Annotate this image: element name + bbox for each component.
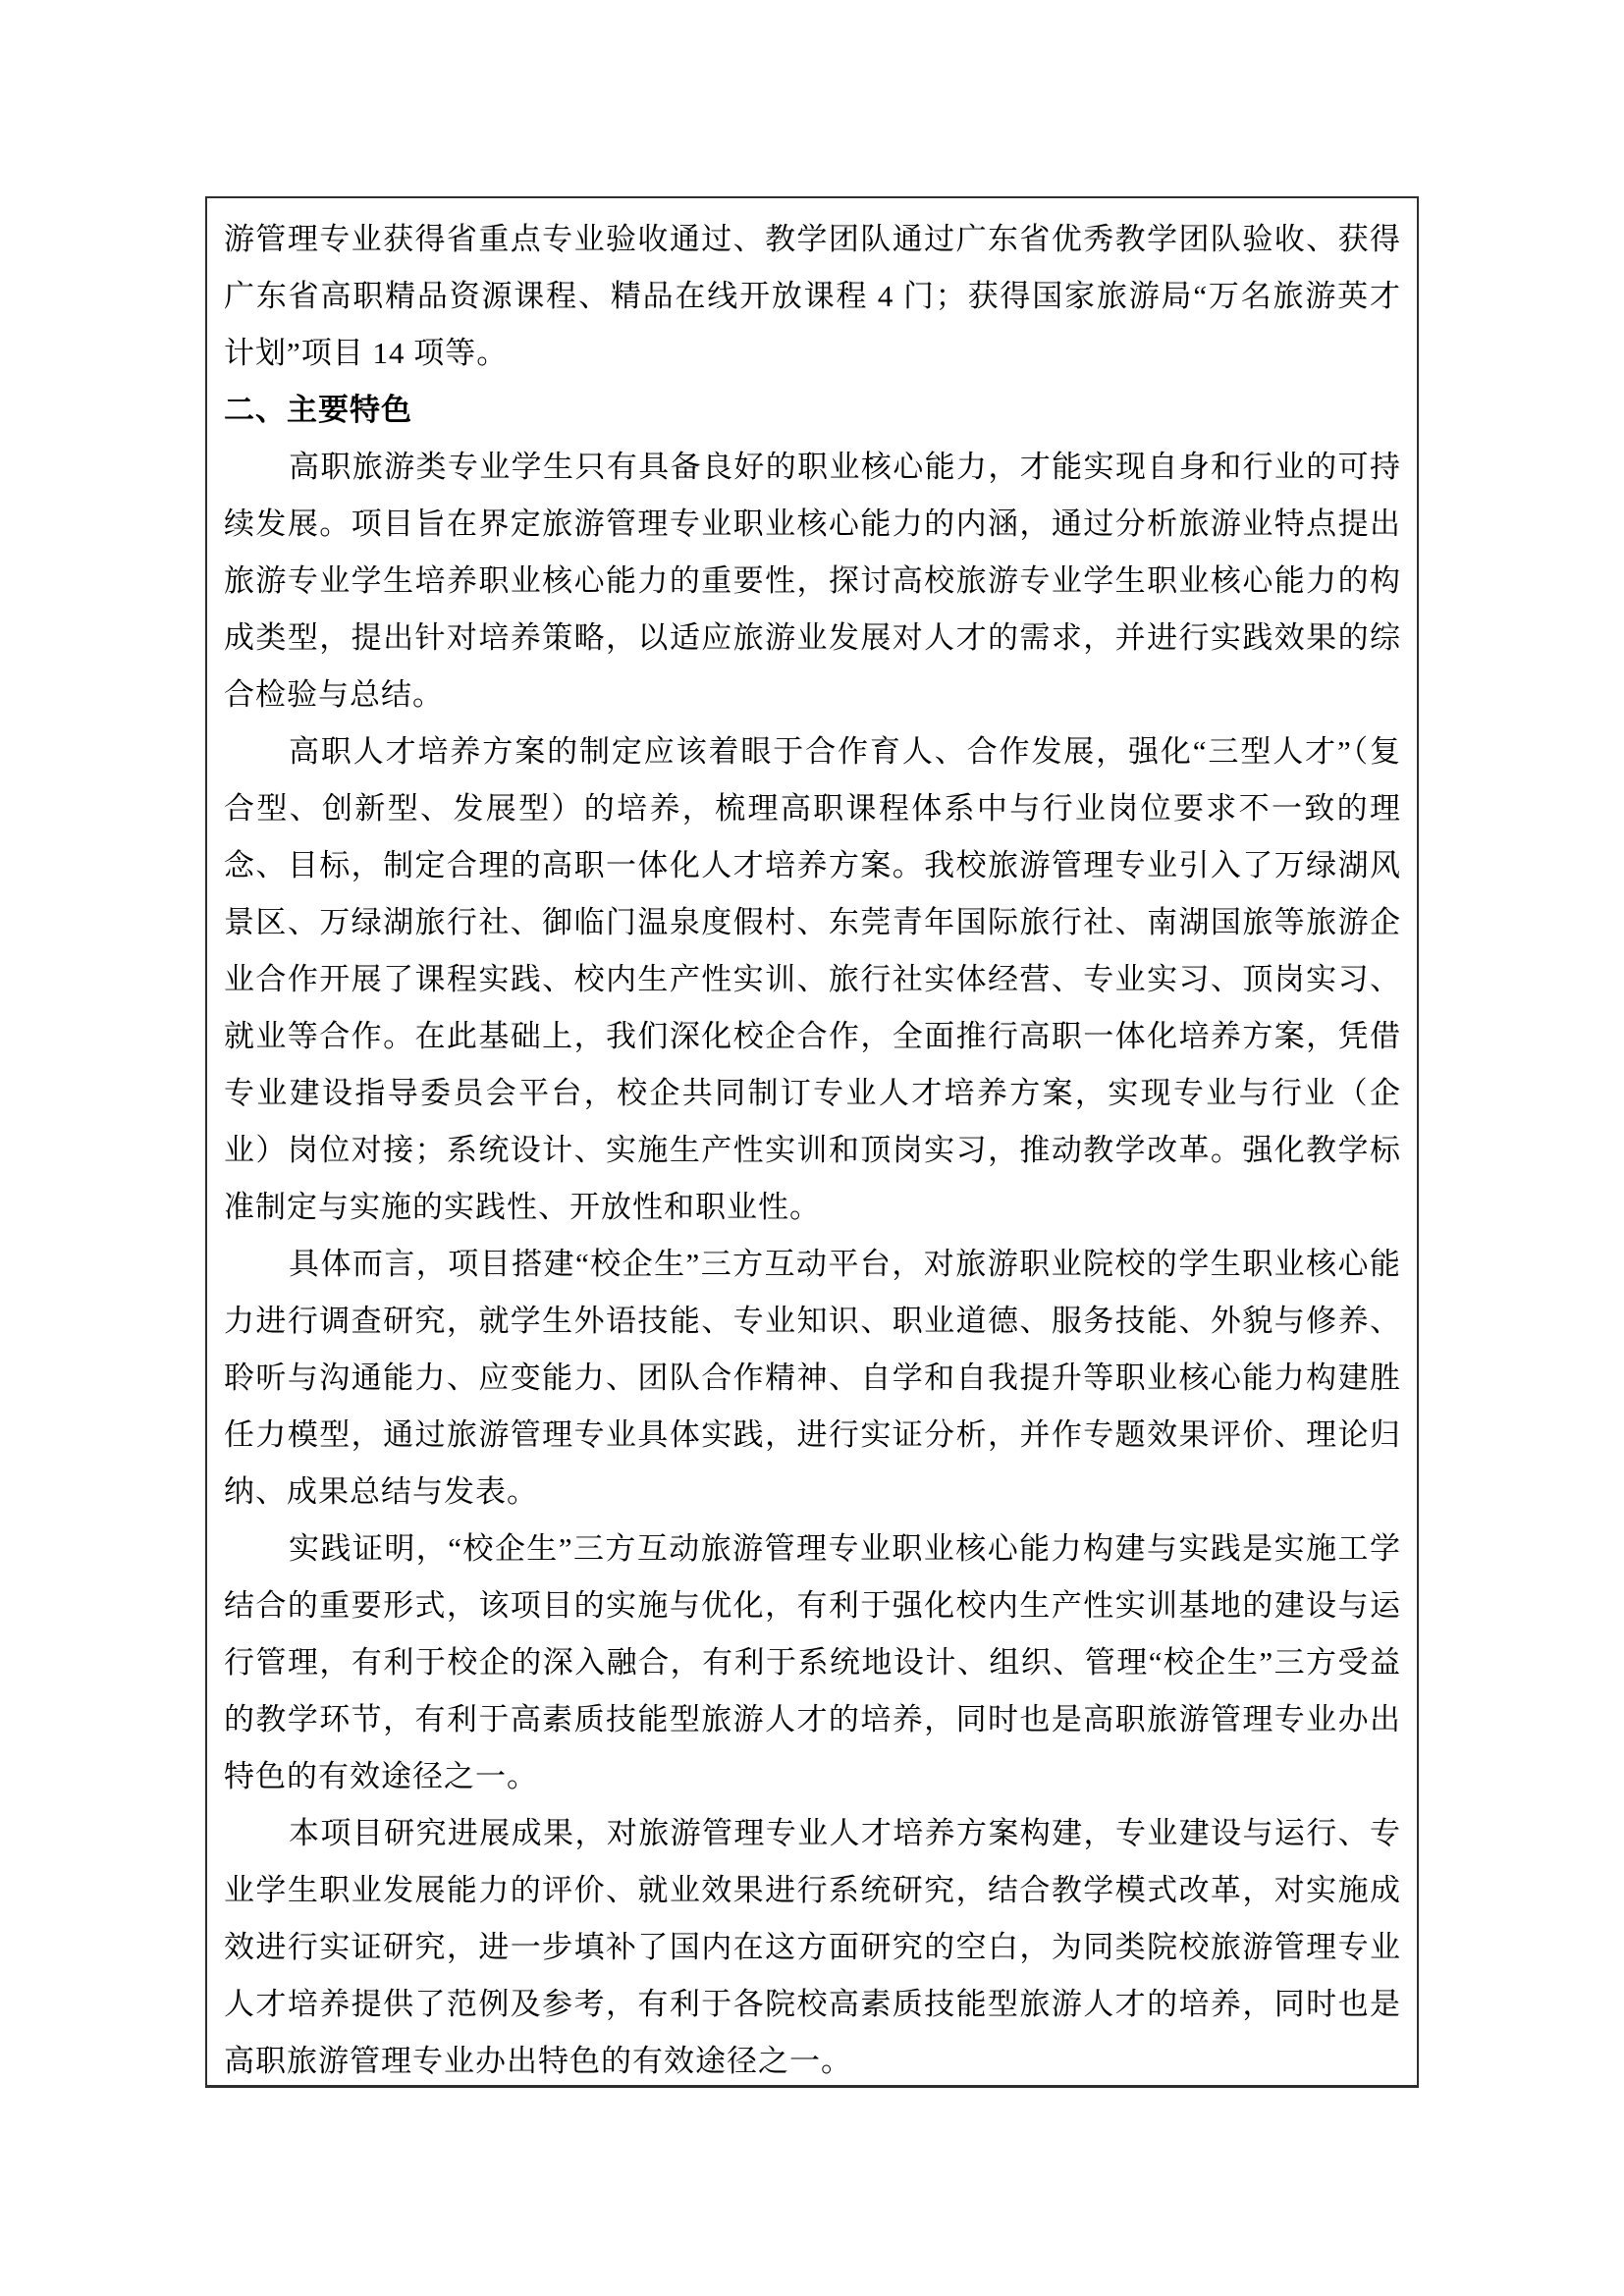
paragraph: 高职旅游类专业学生只有具备良好的职业核心能力，才能实现自身和行业的可持续发展。项… bbox=[224, 439, 1401, 723]
form-table-cell: 游管理专业获得省重点专业验收通过、教学团队通过广东省优秀教学团队验收、获得广东省… bbox=[205, 196, 1419, 2088]
paragraph: 本项目研究进展成果，对旅游管理专业人才培养方案构建，专业建设与运行、专业学生职业… bbox=[224, 1805, 1401, 2088]
document-page: 游管理专业获得省重点专业验收通过、教学团队通过广东省优秀教学团队验收、获得广东省… bbox=[0, 0, 1624, 2296]
paragraph: 高职人才培养方案的制定应该着眼于合作育人、合作发展，强化“三型人才”（复合型、创… bbox=[224, 723, 1401, 1236]
paragraphs-container: 游管理专业获得省重点专业验收通过、教学团队通过广东省优秀教学团队验收、获得广东省… bbox=[224, 211, 1401, 2088]
paragraph: 游管理专业获得省重点专业验收通过、教学团队通过广东省优秀教学团队验收、获得广东省… bbox=[224, 211, 1401, 382]
section-heading: 二、主要特色 bbox=[224, 382, 1401, 439]
paragraph: 实践证明，“校企生”三方互动旅游管理专业职业核心能力构建与实践是实施工学结合的重… bbox=[224, 1521, 1401, 1805]
paragraph: 具体而言，项目搭建“校企生”三方互动平台，对旅游职业院校的学生职业核心能力进行调… bbox=[224, 1236, 1401, 1521]
